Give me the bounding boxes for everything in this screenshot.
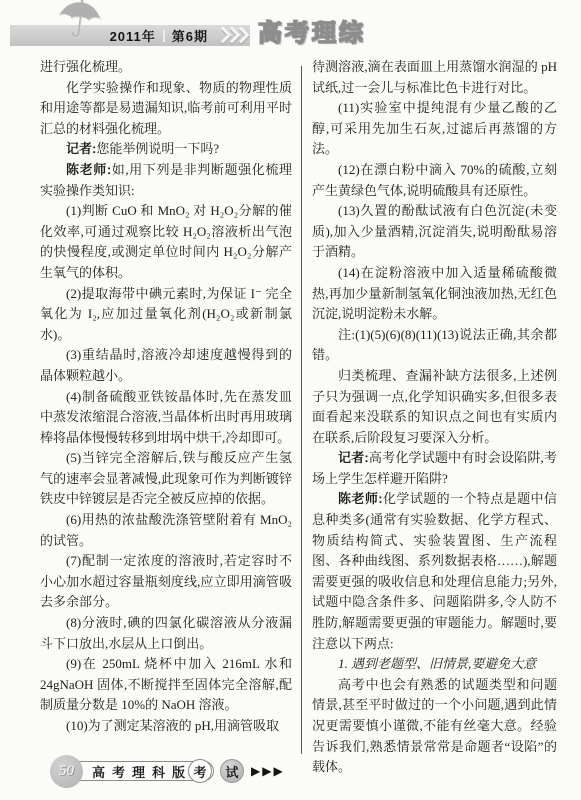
paragraph-text: 待测溶液,滴在表面皿上用蒸馏水润湿的 pH 试纸,过一会儿与标准比色卡进行对比。 <box>312 59 557 95</box>
paragraph-text: (1)判断 CuO 和 MnO₂ 对 H₂O₂分解的催化效率,可通过观察比较 H… <box>40 203 292 280</box>
footer-arrows-icon: ▶▶▶ <box>251 764 285 778</box>
left-column: 进行强化梳理。 化学实验操作和现象、物质的物理性质和用途等都是易遗漏知识,临考前… <box>40 57 292 778</box>
speaker-label: 陈老师: <box>66 162 111 177</box>
paragraph: 记者:您能举例说明一下吗? <box>40 139 292 160</box>
paragraph-text: 1. 遇到老题型、旧情景,要避免大意 <box>338 656 536 671</box>
paragraph-text: (2)提取海带中碘元素时,为保证 I⁻ 完全氧化为 I₂,应加过量氧化剂(H₂O… <box>40 286 292 342</box>
paragraph: (10)为了测定某溶液的 pH,用滴管吸取 <box>40 716 292 737</box>
paragraph-text: (14)在淀粉溶液中加入适量稀硫酸微热,再加少量新制氢氧化铜浊液加热,无红色沉淀… <box>312 265 557 321</box>
paragraph-text: 高考中也会有熟悉的试题类型和问题情景,甚至平时做过的一个小问题,遇到此情况更需要… <box>312 677 557 774</box>
paragraph-text: (11)实验室中提纯混有少量乙酸的乙醇,可采用先加生石灰,过滤后再蒸馏的方法。 <box>312 100 557 156</box>
paragraph-text: (13)久置的酚酞试液有白色沉淀(未变质),加入少量酒精,沉淀消失,说明酚酞易溶… <box>312 203 557 259</box>
paragraph-text: (12)在漂白粉中滴入 70%的硫酸,立刻产生黄绿色气体,说明硫酸具有还原性。 <box>312 162 557 198</box>
paragraph: (12)在漂白粉中滴入 70%的硫酸,立刻产生黄绿色气体,说明硫酸具有还原性。 <box>312 160 557 201</box>
paragraph: (3)重结晶时,溶液冷却速度越慢得到的晶体颗粒越小。 <box>40 345 292 386</box>
page-number-badge: 50 <box>50 755 83 788</box>
paragraph-subheading: 1. 遇到老题型、旧情景,要避免大意 <box>312 654 557 675</box>
paragraph: (5)当锌完全溶解后,铁与酸反应产生氢气的速率会显著减慢,此现象可作为判断镀锌铁… <box>40 448 292 510</box>
right-column: 待测溶液,滴在表面皿上用蒸馏水润湿的 pH 试纸,过一会儿与标准比色卡进行对比。… <box>312 57 557 778</box>
footer: 50 高考理科版 考 试 ▶▶▶ <box>50 753 285 789</box>
chevrons-icon <box>217 29 244 41</box>
paragraph: 待测溶液,滴在表面皿上用蒸馏水润湿的 pH 试纸,过一会儿与标准比色卡进行对比。 <box>312 57 557 98</box>
paragraph-text: 注:(1)(5)(6)(8)(11)(13)说法正确,其余都错。 <box>312 327 557 363</box>
issue-label: 2011年第6期 <box>110 26 208 45</box>
paragraph: 注:(1)(5)(6)(8)(11)(13)说法正确,其余都错。 <box>312 325 557 366</box>
paragraph: 陈老师:如,用下列是非判断题强化梳理实验操作类知识: <box>40 160 292 201</box>
paragraph-text: 化学实验操作和现象、物质的物理性质和用途等都是易遗漏知识,临考前可利用平时汇总的… <box>40 80 292 136</box>
speaker-label: 陈老师: <box>338 491 383 506</box>
paragraph-text: (7)配制一定浓度的溶液时,若定容时不小心加水超过容量瓶刻度线,应立即用滴管吸去… <box>40 553 292 609</box>
paragraph: (13)久置的酚酞试液有白色沉淀(未变质),加入少量酒精,沉淀消失,说明酚酞易溶… <box>312 201 557 263</box>
umbrella-icon: ☂ <box>53 0 105 48</box>
paragraph: 高考中也会有熟悉的试题类型和问题情景,甚至平时做过的一个小问题,遇到此情况更需要… <box>312 675 557 778</box>
issue-number: 第6期 <box>172 29 208 44</box>
paragraph: 记者:高考化学试题中有时会设陷阱,考场上学生怎样避开陷阱? <box>312 448 557 489</box>
magazine-title: 高考理综 <box>258 22 366 46</box>
paragraph-text: (8)分液时,碘的四氯化碳溶液从分液漏斗下口放出,水层从上口倒出。 <box>40 615 292 651</box>
issue-bar: 2011年第6期 <box>10 25 250 46</box>
paragraph: (11)实验室中提纯混有少量乙酸的乙醇,可采用先加生石灰,过滤后再蒸馏的方法。 <box>312 98 557 160</box>
paragraph-text: 归类梳理、查漏补缺方法很多,上述例子只为强调一点,化学知识确实多,但很多表面看起… <box>312 368 557 445</box>
shi-badge: 试 <box>220 759 244 783</box>
paragraph-text: (5)当锌完全溶解后,铁与酸反应产生氢气的速率会显著减慢,此现象可作为判断镀锌铁… <box>40 450 292 506</box>
issue-year: 2011年 <box>110 29 156 44</box>
speaker-label: 记者: <box>66 141 96 156</box>
paragraph: (2)提取海带中碘元素时,为保证 I⁻ 完全氧化为 I₂,应加过量氧化剂(H₂O… <box>40 284 292 346</box>
paragraph: (8)分液时,碘的四氯化碳溶液从分液漏斗下口放出,水层从上口倒出。 <box>40 613 292 654</box>
paragraph-text: 化学试题的一个特点是题中信息种类多(通常有实验数据、化学方程式、物质结构简式、实… <box>312 491 557 650</box>
paragraph-text: (4)制备硫酸亚铁铵晶体时,先在蒸发皿中蒸发浓缩混合溶液,当晶体析出时再用玻璃棒… <box>40 389 292 445</box>
paragraph: (1)判断 CuO 和 MnO₂ 对 H₂O₂分解的催化效率,可通过观察比较 H… <box>40 201 292 283</box>
article-body: 进行强化梳理。 化学实验操作和现象、物质的物理性质和用途等都是易遗漏知识,临考前… <box>40 57 557 778</box>
paragraph: (6)用热的浓盐酸洗涤管壁附着有 MnO₂的试管。 <box>40 510 292 551</box>
paragraph: 归类梳理、查漏补缺方法很多,上述例子只为强调一点,化学知识确实多,但很多表面看起… <box>312 366 557 448</box>
paragraph-text: (10)为了测定某溶液的 pH,用滴管吸取 <box>66 718 279 733</box>
edition-pill: 高考理科版 考 <box>69 761 214 781</box>
paragraph: 进行强化梳理。 <box>40 57 292 78</box>
speaker-label: 记者: <box>338 450 369 465</box>
paragraph-text: (6)用热的浓盐酸洗涤管壁附着有 MnO₂的试管。 <box>40 512 292 548</box>
paragraph-text: 您能举例说明一下吗? <box>96 141 219 156</box>
paragraph: (7)配制一定浓度的溶液时,若定容时不小心加水超过容量瓶刻度线,应立即用滴管吸去… <box>40 551 292 613</box>
paragraph-text: (3)重结晶时,溶液冷却速度越慢得到的晶体颗粒越小。 <box>40 347 292 383</box>
column-gap <box>292 57 312 778</box>
issue-separator <box>163 30 165 42</box>
paragraph-text: 进行强化梳理。 <box>40 59 131 74</box>
paragraph: (14)在淀粉溶液中加入适量稀硫酸微热,再加少量新制氢氧化铜浊液加热,无红色沉淀… <box>312 263 557 325</box>
paragraph: (9)在 250mL 烧杯中加入 216mL 水和 24gNaOH 固体,不断搅… <box>40 654 292 716</box>
page-number: 50 <box>59 763 74 780</box>
header-banner: 2011年第6期 ☂ 高考理综 <box>0 0 581 58</box>
paragraph: 陈老师:化学试题的一个特点是题中信息种类多(通常有实验数据、化学方程式、物质结构… <box>312 489 557 654</box>
edition-label: 高考理科版 <box>92 762 192 781</box>
kao-badge: 考 <box>188 759 212 783</box>
paragraph: 化学实验操作和现象、物质的物理性质和用途等都是易遗漏知识,临考前可利用平时汇总的… <box>40 78 292 140</box>
paragraph-text: (9)在 250mL 烧杯中加入 216mL 水和 24gNaOH 固体,不断搅… <box>40 656 292 712</box>
paragraph: (4)制备硫酸亚铁铵晶体时,先在蒸发皿中蒸发浓缩混合溶液,当晶体析出时再用玻璃棒… <box>40 387 292 449</box>
